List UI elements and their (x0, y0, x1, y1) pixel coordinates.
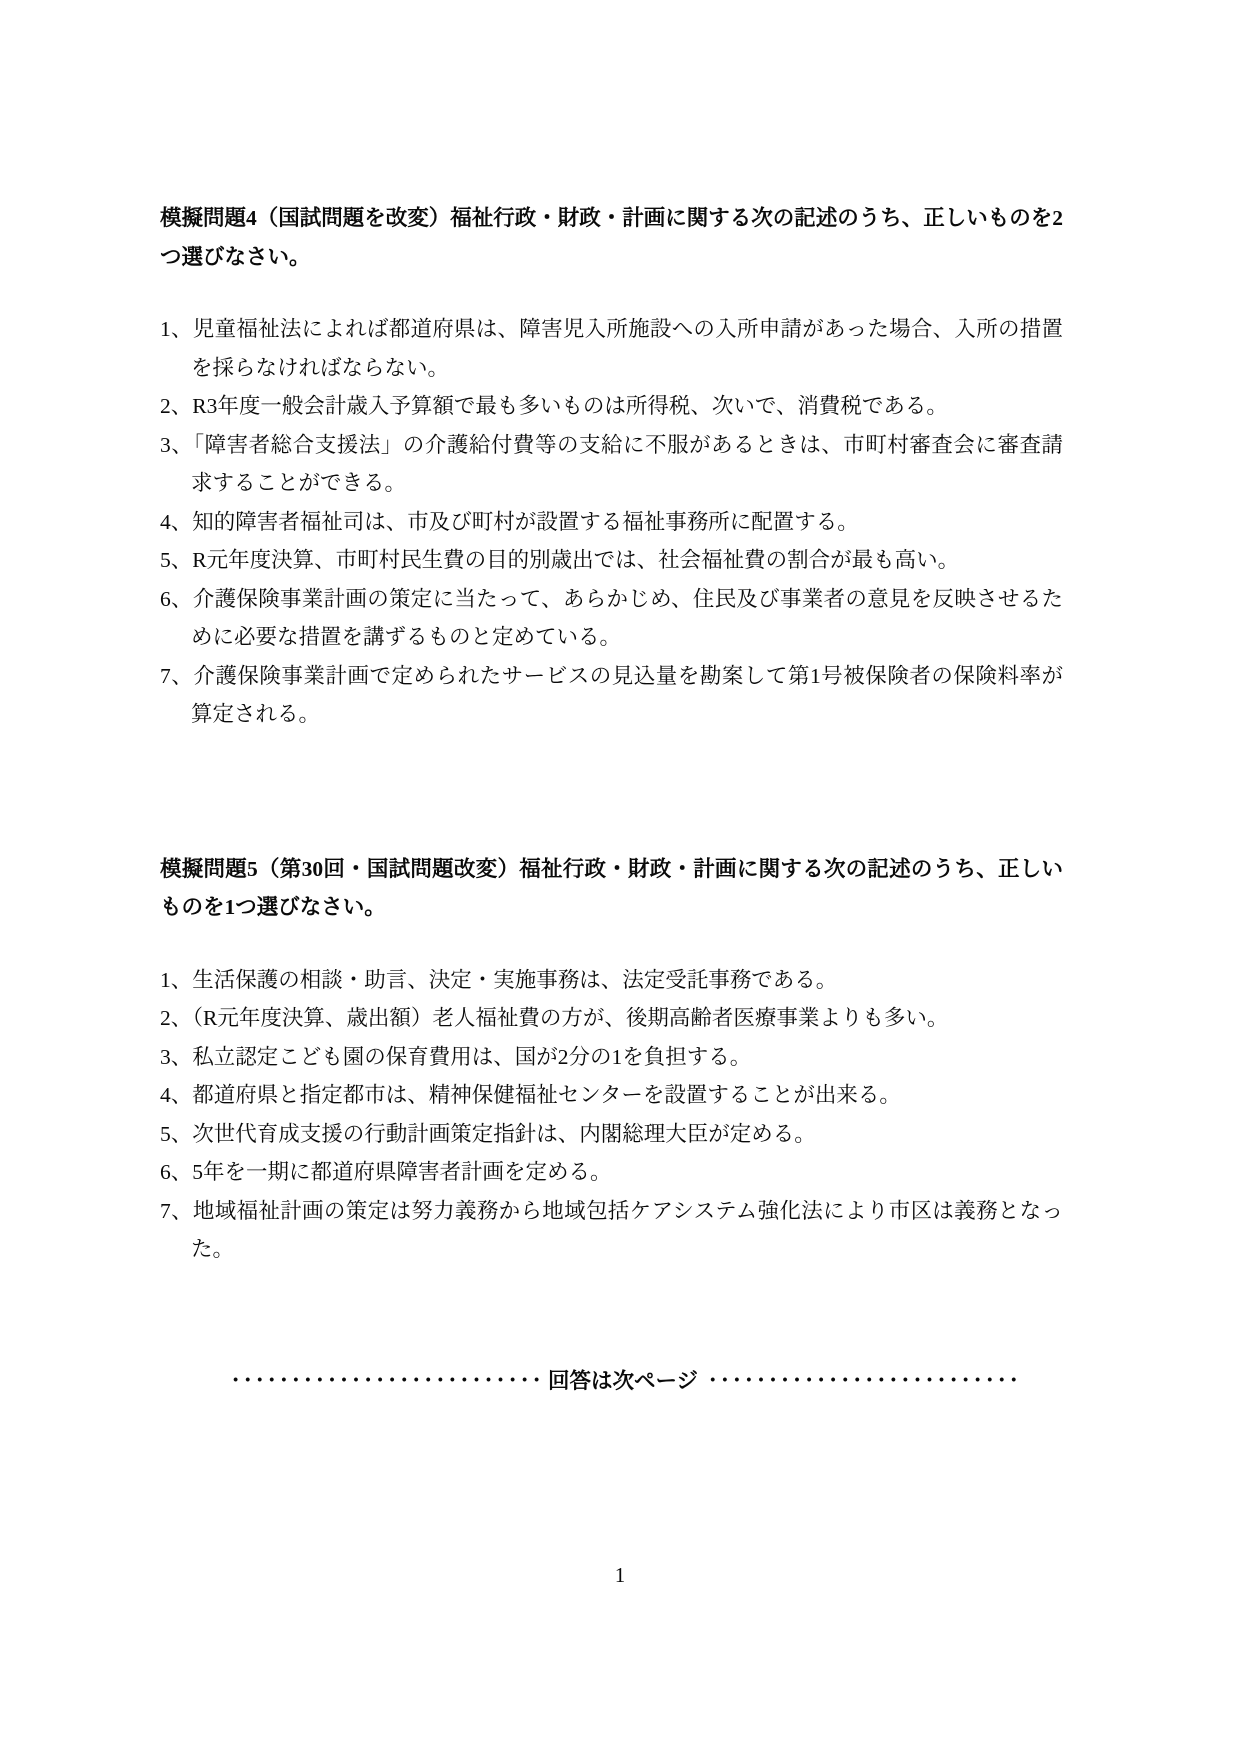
question-4-heading: 模擬問題4（国試問題を改変）福祉行政・財政・計画に関する次の記述のうち、正しいも… (160, 199, 1063, 276)
option-number: 3、 (160, 433, 193, 457)
option-text: 介護保険事業計画で定められたサービスの見込量を勘案して第1号被保険者の保険料率が… (191, 664, 1063, 727)
option-number: 1、 (160, 968, 192, 992)
question-4-option-6: 6、介護保険事業計画の策定に当たって、あらかじめ、住民及び事業者の意見を反映させ… (160, 580, 1063, 657)
question-4-option-1: 1、児童福祉法によれば都道府県は、障害児入所施設への入所申請があった場合、入所の… (160, 310, 1063, 387)
document-page: 模擬問題4（国試問題を改変）福祉行政・財政・計画に関する次の記述のうち、正しいも… (0, 0, 1240, 1754)
option-number: 6、 (160, 587, 193, 611)
option-number: 1、 (160, 317, 193, 341)
question-5-option-1: 1、生活保護の相談・助言、決定・実施事務は、法定受託事務である。 (160, 961, 1063, 1000)
answer-next-page-separator: ・・・・・・・・・・・・・・・・・・・・・・・・・・回答は次ページ・・・・・・・… (0, 1362, 1240, 1401)
question-4-option-4: 4、知的障害者福祉司は、市及び町村が設置する福祉事務所に配置する。 (160, 503, 1063, 542)
option-text: （R元年度決算、歳出額）老人福祉費の方が、後期高齢者医療事業よりも多い。 (192, 1006, 948, 1030)
option-number: 5、 (160, 548, 192, 572)
question-5-option-6: 6、5年を一期に都道府県障害者計画を定める。 (160, 1153, 1063, 1192)
section-mock-question-5: 模擬問題5（第30回・国試問題改変）福祉行政・財政・計画に関する次の記述のうち、… (160, 850, 1063, 1269)
option-text: 次世代育成支援の行動計画策定指針は、内閣総理大臣が定める。 (192, 1122, 816, 1146)
option-text: 地域福祉計画の策定は努力義務から地域包括ケアシステム強化法により市区は義務となっ… (191, 1199, 1063, 1262)
option-text: 「障害者総合支援法」の介護給付費等の支給に不服があるときは、市町村審査会に審査請… (191, 433, 1063, 496)
option-number: 2、 (160, 1006, 192, 1030)
question-5-option-5: 5、次世代育成支援の行動計画策定指針は、内閣総理大臣が定める。 (160, 1115, 1063, 1154)
answer-next-page-label: 回答は次ページ (548, 1369, 698, 1393)
option-number: 7、 (160, 1199, 193, 1223)
text-column: 模擬問題4（国試問題を改変）福祉行政・財政・計画に関する次の記述のうち、正しいも… (160, 199, 1063, 1269)
option-text: 私立認定こども園の保育費用は、国が2分の1を負担する。 (192, 1045, 751, 1069)
question-5-heading: 模擬問題5（第30回・国試問題改変）福祉行政・財政・計画に関する次の記述のうち、… (160, 850, 1063, 927)
question-4-option-7: 7、介護保険事業計画で定められたサービスの見込量を勘案して第1号被保険者の保険料… (160, 657, 1063, 734)
page-number: 1 (0, 1560, 1240, 1590)
question-5-option-3: 3、私立認定こども園の保育費用は、国が2分の1を負担する。 (160, 1038, 1063, 1077)
question-5-option-7: 7、地域福祉計画の策定は努力義務から地域包括ケアシステム強化法により市区は義務と… (160, 1192, 1063, 1269)
option-text: 児童福祉法によれば都道府県は、障害児入所施設への入所申請があった場合、入所の措置… (191, 317, 1063, 380)
option-number: 6、 (160, 1160, 192, 1184)
question-4-option-3: 3、「障害者総合支援法」の介護給付費等の支給に不服があるときは、市町村審査会に審… (160, 426, 1063, 503)
option-text: R3年度一般会計歳入予算額で最も多いものは所得税、次いで、消費税である。 (192, 394, 948, 418)
option-number: 3、 (160, 1045, 192, 1069)
option-number: 2、 (160, 394, 192, 418)
option-number: 4、 (160, 1083, 192, 1107)
question-5-options: 1、生活保護の相談・助言、決定・実施事務は、法定受託事務である。 2、（R元年度… (160, 961, 1063, 1269)
option-number: 5、 (160, 1122, 192, 1146)
option-text: 5年を一期に都道府県障害者計画を定める。 (192, 1160, 611, 1184)
dotted-rule-right: ・・・・・・・・・・・・・・・・・・・・・・・・・・ (702, 1369, 1015, 1393)
question-4-option-2: 2、R3年度一般会計歳入予算額で最も多いものは所得税、次いで、消費税である。 (160, 387, 1063, 426)
option-number: 4、 (160, 510, 192, 534)
question-4-options: 1、児童福祉法によれば都道府県は、障害児入所施設への入所申請があった場合、入所の… (160, 310, 1063, 734)
dotted-rule-left: ・・・・・・・・・・・・・・・・・・・・・・・・・・ (225, 1369, 538, 1393)
question-5-option-2: 2、（R元年度決算、歳出額）老人福祉費の方が、後期高齢者医療事業よりも多い。 (160, 999, 1063, 1038)
section-mock-question-4: 模擬問題4（国試問題を改変）福祉行政・財政・計画に関する次の記述のうち、正しいも… (160, 199, 1063, 734)
option-text: 生活保護の相談・助言、決定・実施事務は、法定受託事務である。 (192, 968, 837, 992)
option-text: 都道府県と指定都市は、精神保健福祉センターを設置することが出来る。 (192, 1083, 901, 1107)
option-text: R元年度決算、市町村民生費の目的別歳出では、社会福祉費の割合が最も高い。 (192, 548, 959, 572)
question-4-option-5: 5、R元年度決算、市町村民生費の目的別歳出では、社会福祉費の割合が最も高い。 (160, 541, 1063, 580)
question-5-option-4: 4、都道府県と指定都市は、精神保健福祉センターを設置することが出来る。 (160, 1076, 1063, 1115)
option-number: 7、 (160, 664, 193, 688)
option-text: 知的障害者福祉司は、市及び町村が設置する福祉事務所に配置する。 (192, 510, 859, 534)
option-text: 介護保険事業計画の策定に当たって、あらかじめ、住民及び事業者の意見を反映させるた… (191, 587, 1063, 650)
